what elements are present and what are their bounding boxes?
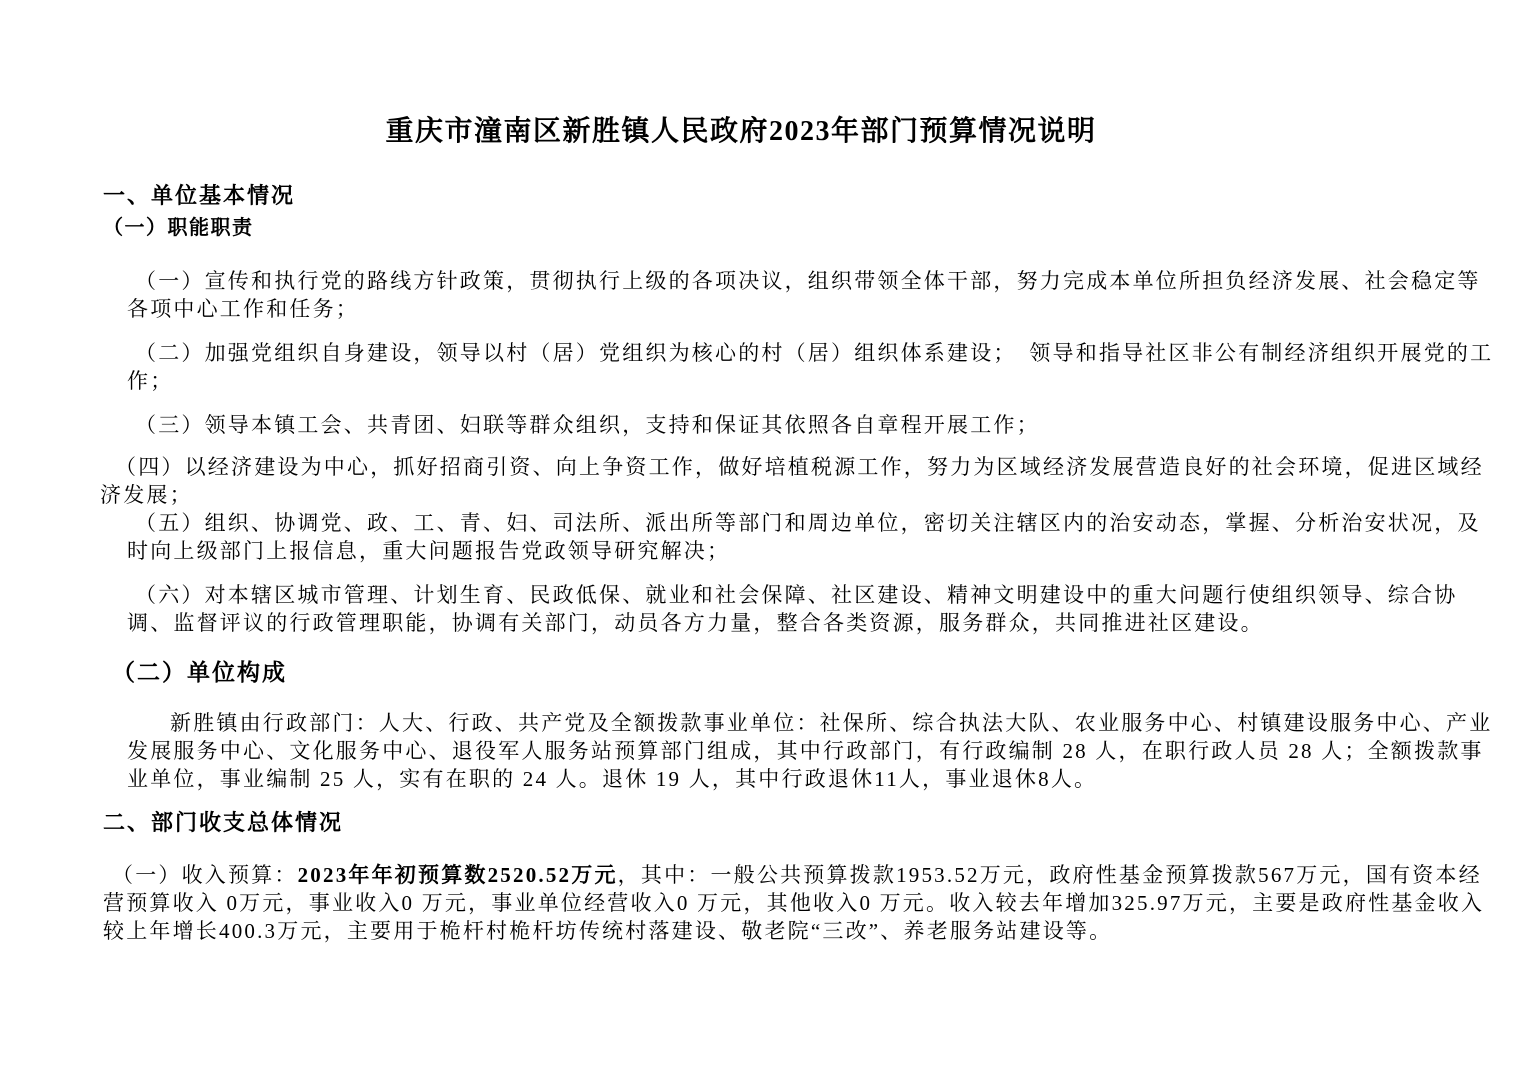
duty-paragraph-1: （一）宣传和执行党的路线方针政策，贯彻执行上级的各项决议，组织带领全体干部，努力… [127, 267, 1502, 323]
section2-heading: 二、部门收支总体情况 [103, 809, 1502, 837]
section1-heading: 一、单位基本情况 [103, 182, 1502, 210]
composition-paragraph: 新胜镇由行政部门：人大、行政、共产党及全额拨款事业单位：社保所、综合执法大队、农… [127, 709, 1502, 793]
duty-paragraph-3: （三）领导本镇工会、共青团、妇联等群众组织，支持和保证其依照各自章程开展工作； [127, 411, 1502, 439]
duty-paragraph-6: （六）对本辖区城市管理、计划生育、民政低保、就业和社会保障、社区建设、精神文明建… [127, 581, 1502, 637]
duty-paragraph-2: （二）加强党组织自身建设，领导以村（居）党组织为核心的村（居）组织体系建设； 领… [127, 339, 1502, 395]
section1-sub2-heading: （二）单位构成 [112, 657, 1502, 687]
duty-paragraph-5: （五）组织、协调党、政、工、青、妇、司法所、派出所等部门和周边单位，密切关注辖区… [127, 509, 1502, 565]
section1-sub1-heading: （一）职能职责 [103, 215, 1502, 241]
document-title: 重庆市潼南区新胜镇人民政府2023年部门预算情况说明 [100, 112, 1382, 152]
income-prefix: （一）收入预算： [112, 863, 298, 887]
document-page: 重庆市潼南区新胜镇人民政府2023年部门预算情况说明 一、单位基本情况 （一）职… [0, 0, 1520, 1074]
duty-paragraph-4: （四）以经济建设为中心，抓好招商引资、向上争资工作，做好培植税源工作，努力为区域… [100, 453, 1502, 509]
income-paragraph: （一）收入预算：2023年年初预算数2520.52万元，其中：一般公共预算拨款1… [103, 861, 1502, 945]
income-highlight: 2023年年初预算数2520.52万元 [298, 863, 618, 887]
